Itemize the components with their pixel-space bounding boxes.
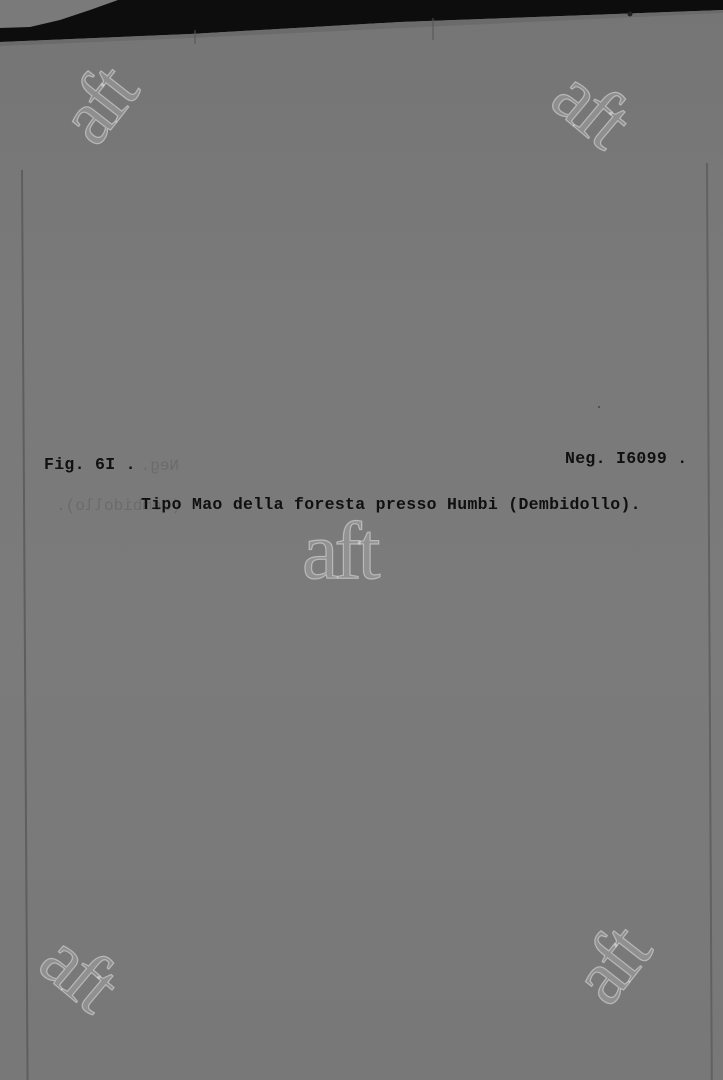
left-margin-rule xyxy=(21,170,29,1080)
watermark-bottom-right: aft xyxy=(558,913,663,1016)
figure-number: Fig. 6I . xyxy=(44,455,136,474)
figure-caption: Tipo Mao della foresta presso Humbi (Dem… xyxy=(141,495,641,514)
scanned-card: (Dembidollo). Neg. aft aft aft aft aft F… xyxy=(0,0,723,1080)
watermark-top-left: aft xyxy=(45,53,150,156)
bleed-through-negative: Neg. xyxy=(131,457,179,475)
scan-top-edge xyxy=(0,0,723,60)
watermark-top-right: aft xyxy=(539,55,643,160)
dust-speck xyxy=(598,406,600,408)
watermark-center: aft xyxy=(302,510,376,592)
watermark-bottom-left: aft xyxy=(27,919,131,1024)
negative-number: Neg. I6099 . xyxy=(565,449,687,468)
right-margin-rule xyxy=(706,163,713,1080)
